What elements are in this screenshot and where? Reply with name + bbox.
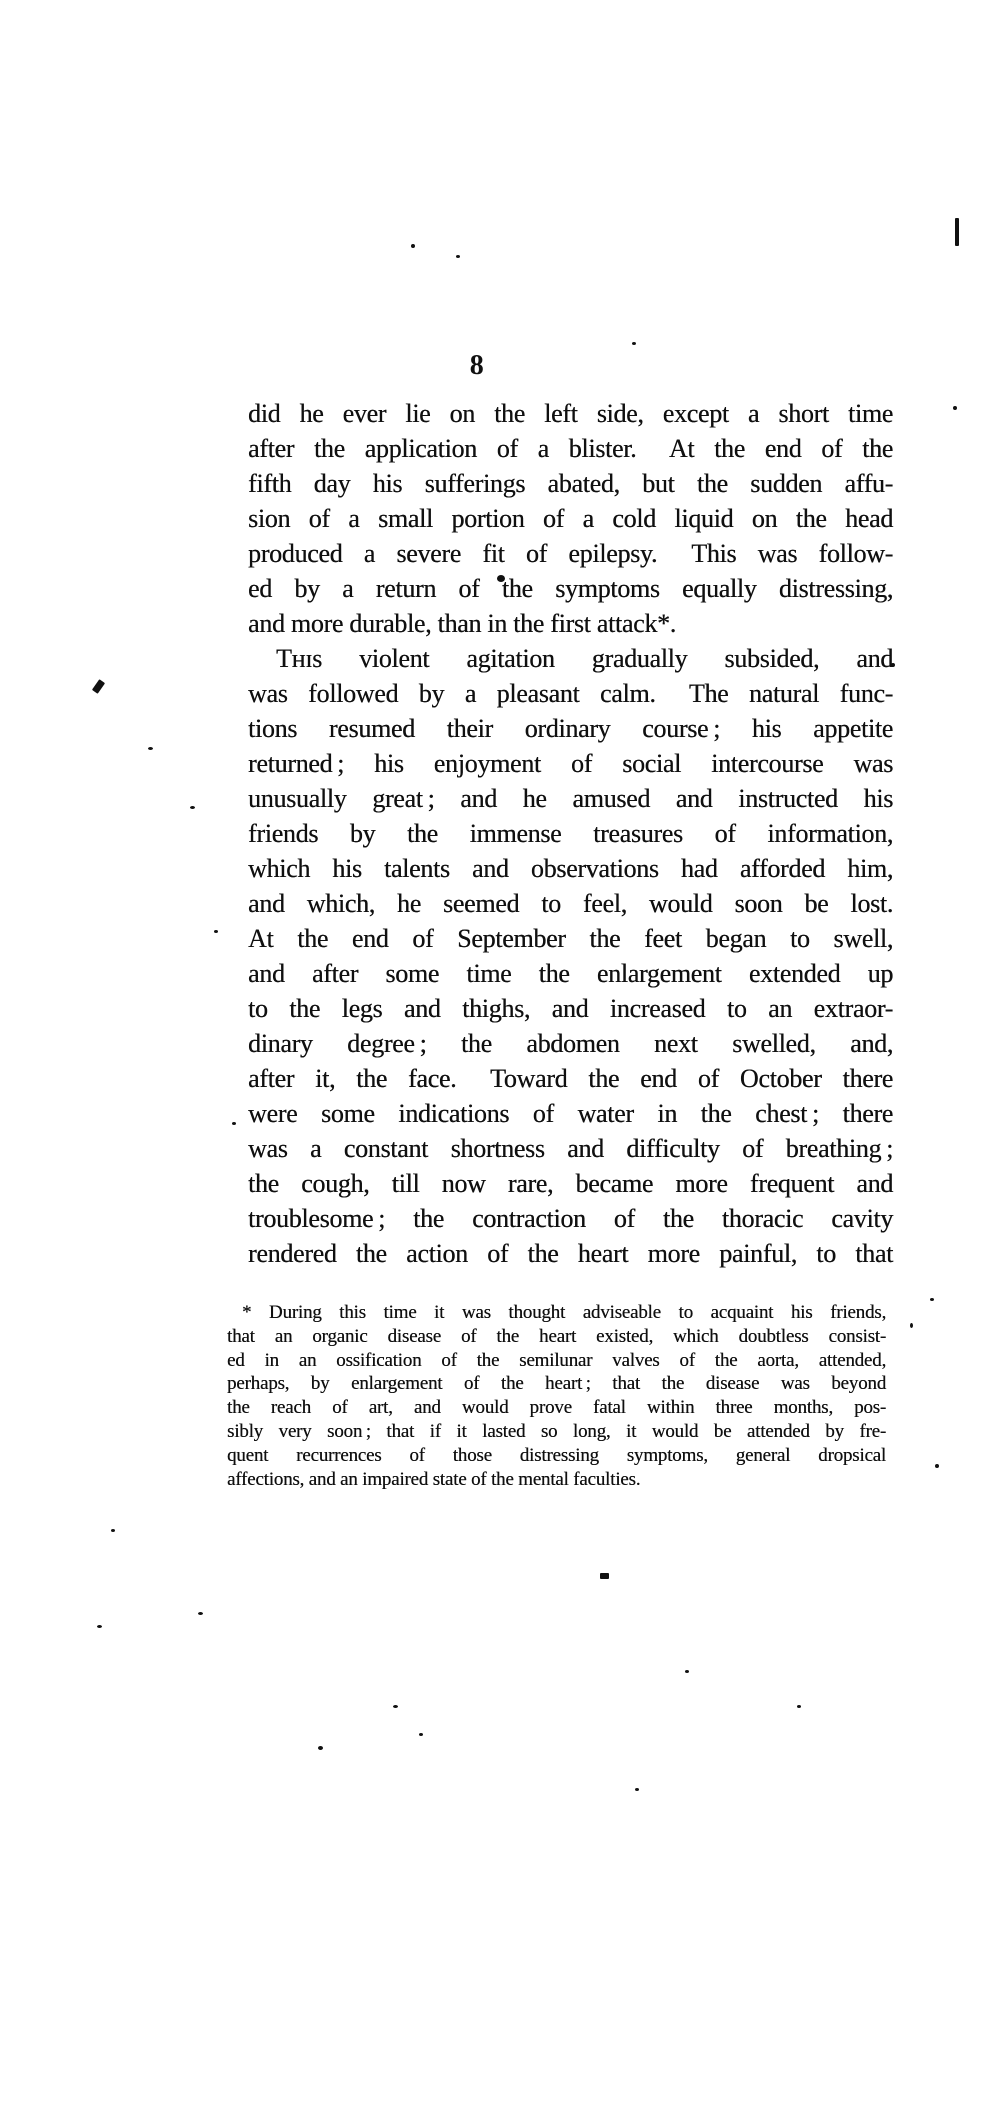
scan-speck	[148, 747, 153, 750]
text-line: At the end of September the feet began t…	[248, 921, 893, 956]
scan-speck	[419, 1733, 423, 1736]
text-line: produced a severe fit of epilepsy. This …	[248, 536, 893, 571]
scan-speck	[635, 1788, 639, 1791]
scan-speck	[910, 1323, 913, 1328]
scan-speck	[411, 244, 415, 248]
scan-speck	[190, 806, 195, 809]
text-line: rendered the action of the heart more pa…	[248, 1236, 893, 1271]
scan-speck	[318, 1746, 323, 1750]
text-line: which his talents and observations had a…	[248, 851, 893, 886]
scan-speck	[393, 1705, 398, 1708]
text-line: that an organic disease of the heart exi…	[227, 1325, 886, 1349]
text-line: and which, he seemed to feel, would soon…	[248, 886, 893, 921]
scan-speck	[92, 679, 105, 694]
text-line: did he ever lie on the left side, except…	[248, 396, 893, 431]
text-line: Tʜɪs violent agitation gradually subside…	[248, 641, 893, 676]
scan-speck	[111, 1529, 115, 1532]
text-line: and more durable, than in the first atta…	[248, 606, 893, 641]
text-line: ed in an ossification of the semilunar v…	[227, 1349, 886, 1373]
text-line: to the legs and thighs, and increased to…	[248, 991, 893, 1026]
scan-speck	[198, 1612, 203, 1615]
scanned-book-page: 8 did he ever lie on the left side, exce…	[0, 0, 1006, 2120]
footnote: * During this time it was thought advise…	[227, 1301, 886, 1491]
page-number: 8	[0, 350, 954, 382]
scan-speck	[797, 1705, 801, 1708]
text-line: quent recurrences of those distressing s…	[227, 1444, 886, 1468]
paragraph-continuation: did he ever lie on the left side, except…	[248, 396, 893, 641]
scan-speck	[891, 663, 895, 667]
text-line: after it, the face. Toward the end of Oc…	[248, 1061, 893, 1096]
text-line: ed by a return of the symptoms equally d…	[248, 571, 893, 606]
text-line: troublesome ; the contraction of the tho…	[248, 1201, 893, 1236]
text-line: were some indications of water in the ch…	[248, 1096, 893, 1131]
scan-speck	[685, 1670, 689, 1673]
scan-speck	[497, 575, 505, 582]
text-line: after the application of a blister. At t…	[248, 431, 893, 466]
text-line: was a constant shortness and difficulty …	[248, 1131, 893, 1166]
scan-speck	[456, 255, 460, 258]
paragraph-new: Tʜɪs violent agitation gradually subside…	[248, 641, 893, 1271]
scan-speck	[97, 1625, 102, 1628]
text-line: perhaps, by enlargement of the heart ; t…	[227, 1372, 886, 1396]
scan-speck	[232, 1122, 236, 1125]
text-line: dinary degree ; the abdomen next swelled…	[248, 1026, 893, 1061]
scan-speck	[955, 218, 959, 246]
scan-speck	[214, 930, 218, 933]
text-line: was followed by a pleasant calm. The nat…	[248, 676, 893, 711]
text-line: tions resumed their ordinary course ; hi…	[248, 711, 893, 746]
page-body-text: did he ever lie on the left side, except…	[248, 396, 893, 1271]
scan-speck	[930, 1298, 934, 1301]
scan-speck	[632, 342, 636, 345]
text-line: unusually great ; and he amused and inst…	[248, 781, 893, 816]
text-line: sibly very soon ; that if it lasted so l…	[227, 1420, 886, 1444]
text-line: the reach of art, and would prove fatal …	[227, 1396, 886, 1420]
text-line: * During this time it was thought advise…	[227, 1301, 886, 1325]
text-line: fifth day his sufferings abated, but the…	[248, 466, 893, 501]
text-line: returned ; his enjoyment of social inter…	[248, 746, 893, 781]
text-line: the cough, till now rare, became more fr…	[248, 1166, 893, 1201]
text-line: sion of a small portion of a cold liquid…	[248, 501, 893, 536]
scan-speck	[600, 1573, 609, 1579]
scan-speck	[935, 1464, 939, 1468]
scan-speck	[953, 406, 957, 410]
text-line: and after some time the enlargement exte…	[248, 956, 893, 991]
text-line: affections, and an impaired state of the…	[227, 1468, 886, 1492]
text-line: friends by the immense treasures of info…	[248, 816, 893, 851]
